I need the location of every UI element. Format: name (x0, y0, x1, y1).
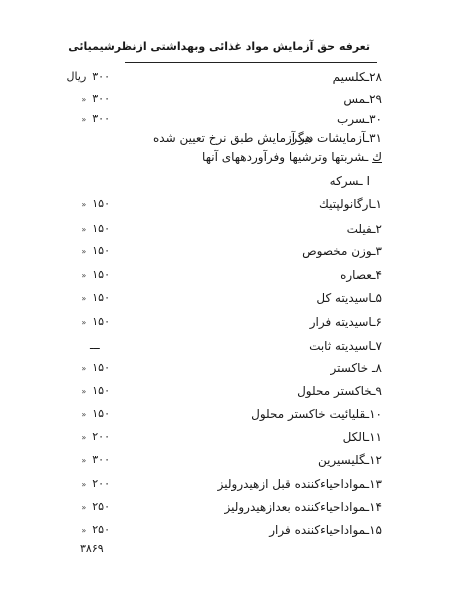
item-price: ۱۵۰« (60, 312, 110, 333)
price-value: ۱۵۰ (92, 291, 110, 304)
item-label: ۱۱ـالکل (343, 427, 382, 447)
list-item: ۱۱ـالکل ۲۰۰« (0, 427, 455, 447)
item-price: ۱۵۰« (60, 194, 110, 215)
title-underline (125, 62, 377, 63)
list-item: ۱۰ـقلیائیت خاکستر محلول ۱۵۰« (0, 404, 455, 424)
list-item: ۱۵ـمواداحیاءکننده فرار ۲۵۰« (0, 520, 455, 540)
item-label: ۵ـاسیدیته کل (316, 288, 382, 308)
subsection-heading: I ـسرکه (0, 171, 455, 191)
item-price: ۳۰۰ریال (60, 67, 110, 87)
ditto-mark: « (81, 410, 86, 419)
page-number: ۳۸۶۹ (80, 542, 104, 555)
item-label: ۳ـوزن مخصوص (302, 241, 382, 261)
section-heading: ك ـشربتها وترشیها وفرآوردههای آنها (0, 147, 455, 167)
list-item: ۱۲ـگلیسیرین ۳۰۰« (0, 450, 455, 470)
item-label: ۱۳ـمواداحیاءکننده قبل ازهیدرولیز (218, 474, 382, 494)
price-value: ۲۵۰ (92, 500, 110, 513)
list-item: ۲ـفیلت ۱۵۰« (0, 219, 455, 239)
ditto-mark: « (81, 294, 86, 303)
item-price: ۱۵۰« (60, 288, 110, 309)
price-value: ۱۵۰ (92, 197, 110, 210)
ditto-mark: « (81, 225, 86, 234)
price-value: ۱۵۰ (92, 384, 110, 397)
price-value: ۱۵۰ (92, 268, 110, 281)
ditto-mark: « (81, 503, 86, 512)
item-price: ۱۵۰« (60, 241, 110, 262)
document-page: تعرفه حق آزمایش مواد غذائی وبهداشتی ازنظ… (0, 0, 455, 600)
item-price: ۳۰۰« (60, 450, 110, 471)
item-label: ۶ـاسیدیته فرار (310, 312, 382, 332)
ditto-mark: « (81, 95, 86, 104)
list-item: ۱ـارگانولپتیك ۱۵۰« (0, 194, 455, 214)
section-letter: ك (372, 150, 382, 164)
list-item: ۲۹ـمس ۳۰۰« (0, 89, 455, 109)
item-label: ۲۸ـکلسیم (333, 67, 382, 87)
item-price: ۳۰۰« (60, 89, 110, 110)
item-note: هر آزمایش طبق نرخ تعیین شده (153, 128, 312, 148)
item-price: ۱۵۰« (60, 265, 110, 286)
list-item: ۳۱ـآزمایشات دیگر هر آزمایش طبق نرخ تعیین… (0, 128, 455, 148)
price-value: ۱۵۰ (92, 244, 110, 257)
list-item: ۸ـ خاکستر ۱۵۰« (0, 358, 455, 378)
price-value: ۱۵۰ (92, 361, 110, 374)
ditto-mark: « (81, 433, 86, 442)
item-label: ۱۲ـگلیسیرین (318, 450, 382, 470)
price-value: ۱۵۰ (92, 407, 110, 420)
price-value: ۳۰۰ (92, 70, 110, 83)
price-value: ۳۰۰ (92, 92, 110, 105)
item-label: ۴ـعصاره (340, 265, 382, 285)
ditto-mark: « (81, 115, 86, 124)
price-value: ۳۰۰ (92, 112, 110, 125)
list-item: ۵ـاسیدیته کل ۱۵۰« (0, 288, 455, 308)
item-price: ۳۰۰« (60, 109, 110, 130)
page-title: تعرفه حق آزمایش مواد غذائی وبهداشتی ازنظ… (130, 40, 370, 53)
price-value: ۳۰۰ (92, 453, 110, 466)
ditto-mark: « (81, 247, 86, 256)
list-item: ۱۴ـمواداحیاءکننده بعدازهیدرولیز ۲۵۰« (0, 497, 455, 517)
item-label: ۱۴ـمواداحیاءکننده بعدازهیدرولیز (224, 497, 382, 517)
list-item: ۴ـعصاره ۱۵۰« (0, 265, 455, 285)
item-label: ۲ـفیلت (347, 219, 382, 239)
ditto-mark: « (81, 526, 86, 535)
item-label: ۳۰ـسرب (337, 109, 382, 129)
item-price: ۲۵۰« (60, 497, 110, 518)
item-price: ۱۵۰« (60, 404, 110, 425)
list-item: ۱۳ـمواداحیاءکننده قبل ازهیدرولیز ۲۰۰« (0, 474, 455, 494)
price-value: ۱۵۰ (92, 222, 110, 235)
item-price: ۱۵۰« (60, 219, 110, 240)
item-price: ۲۰۰« (60, 474, 110, 495)
section-title: ـشربتها وترشیها وفرآوردههای آنها (202, 150, 372, 164)
price-value: ۲۰۰ (92, 477, 110, 490)
item-price-none: ـــ (90, 336, 100, 356)
list-item: ۶ـاسیدیته فرار ۱۵۰« (0, 312, 455, 332)
list-item: ۹ـخاکستر محلول ۱۵۰« (0, 381, 455, 401)
list-item: ۳۰ـسرب ۳۰۰« (0, 109, 455, 129)
price-unit: ریال (67, 70, 87, 83)
item-price: ۲۵۰« (60, 520, 110, 541)
price-value: ۲۵۰ (92, 523, 110, 536)
list-item: ۷ـاسیدیته ثابت ـــ (0, 336, 455, 356)
ditto-mark: « (81, 200, 86, 209)
ditto-mark: « (81, 387, 86, 396)
item-price: ۱۵۰« (60, 381, 110, 402)
item-price: ۲۰۰« (60, 427, 110, 448)
ditto-mark: « (81, 364, 86, 373)
item-label: ۸ـ خاکستر (330, 358, 382, 378)
ditto-mark: « (81, 480, 86, 489)
list-item: ۲۸ـکلسیم ۳۰۰ریال (0, 67, 455, 87)
list-item: ۳ـوزن مخصوص ۱۵۰« (0, 241, 455, 261)
item-label: ۱۵ـمواداحیاءکننده فرار (269, 520, 382, 540)
item-label: ۷ـاسیدیته ثابت (309, 336, 382, 356)
price-value: ۲۰۰ (92, 430, 110, 443)
item-price: ۱۵۰« (60, 358, 110, 379)
ditto-mark: « (81, 456, 86, 465)
item-label: ۱۰ـقلیائیت خاکستر محلول (251, 404, 382, 424)
section-heading-text: ك ـشربتها وترشیها وفرآوردههای آنها (202, 147, 382, 167)
price-value: ۱۵۰ (92, 315, 110, 328)
subsection-title: I ـسرکه (330, 171, 370, 191)
item-label: ۹ـخاکستر محلول (297, 381, 382, 401)
ditto-mark: « (81, 271, 86, 280)
item-label: ۱ـارگانولپتیك (319, 194, 382, 214)
ditto-mark: « (81, 318, 86, 327)
item-label: ۲۹ـمس (343, 89, 382, 109)
